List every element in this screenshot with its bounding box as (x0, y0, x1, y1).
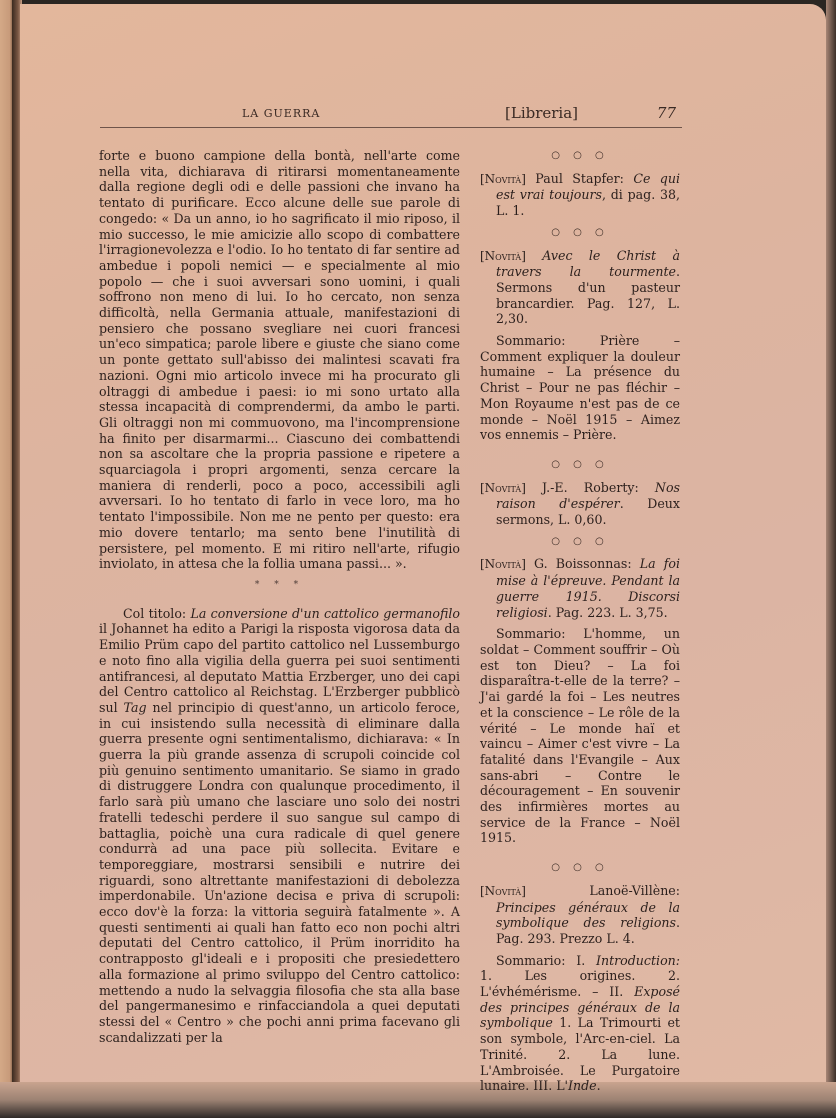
page-header: LA GUERRA [Libreria] 77 (100, 105, 682, 125)
page-bottom-edge (0, 1082, 836, 1118)
author: J.-E. Roberty: (526, 480, 655, 495)
entry-separator: ○ ○ ○ (480, 225, 680, 241)
author: Lanoë-Villène: (526, 883, 680, 898)
chapter-title: Introduction: (596, 953, 680, 968)
paragraph: Col titolo: La conversione d'un cattolic… (99, 606, 460, 1046)
entry-separator: ○ ○ ○ (480, 860, 680, 876)
novita-tag: [Novità] (480, 172, 526, 186)
chapter-title: Inde (568, 1078, 597, 1093)
text: Sommario: I. (496, 953, 596, 968)
newspaper-title: Tag (124, 700, 147, 715)
author (526, 248, 542, 263)
book-summary: Sommario: Prière – Comment expliquer la … (480, 333, 680, 443)
running-title: LA GUERRA (242, 107, 320, 120)
book-entry: [Novità] J.-E. Roberty: Nos raison d'esp… (480, 480, 680, 528)
book-entry: [Novità] Avec le Christ à travers la tou… (480, 248, 680, 328)
section-label: [Libreria] (505, 104, 578, 122)
header-rule (100, 127, 682, 128)
paragraph: forte e buono campione della bontà, nell… (99, 148, 460, 572)
book-entry: [Novità] Lanoë-Villène: Principes généra… (480, 883, 680, 947)
book-details: . Pag. 223. L. 3,75. (548, 605, 668, 620)
text: Col titolo: (123, 606, 190, 621)
novita-tag: [Novità] (480, 249, 526, 263)
entry-separator: ○ ○ ○ (480, 534, 680, 550)
book-summary: Sommario: I. Introduction: 1. Les origin… (480, 953, 680, 1094)
book-summary: Sommario: L'homme, un soldat – Comment s… (480, 626, 680, 846)
text: nel principio di quest'anno, un articolo… (99, 700, 460, 1045)
page-number: 77 (657, 104, 676, 122)
novita-tag: [Novità] (480, 481, 526, 495)
entry-separator: ○ ○ ○ (480, 457, 680, 473)
novita-tag: [Novità] (480, 557, 526, 571)
book-entry: [Novità] Paul Stapfer: Ce qui est vrai t… (480, 171, 680, 219)
right-column: ○ ○ ○ [Novità] Paul Stapfer: Ce qui est … (480, 148, 680, 1108)
section-separator: * * * (99, 578, 460, 594)
left-column: forte e buono campione della bontà, nell… (99, 148, 460, 1045)
book-title: La conversione d'un cattolico germanofil… (190, 606, 460, 621)
author: Paul Stapfer: (526, 171, 633, 186)
text: . (597, 1078, 601, 1093)
novita-tag: [Novità] (480, 884, 526, 898)
author: G. Boissonnas: (526, 556, 640, 571)
entry-separator: ○ ○ ○ (480, 148, 680, 164)
right-page-edge (826, 0, 836, 1118)
book-entry: [Novità] G. Boissonnas: La foi mise à l'… (480, 556, 680, 620)
book-title: Principes généraux de la symbolique des … (496, 900, 680, 931)
